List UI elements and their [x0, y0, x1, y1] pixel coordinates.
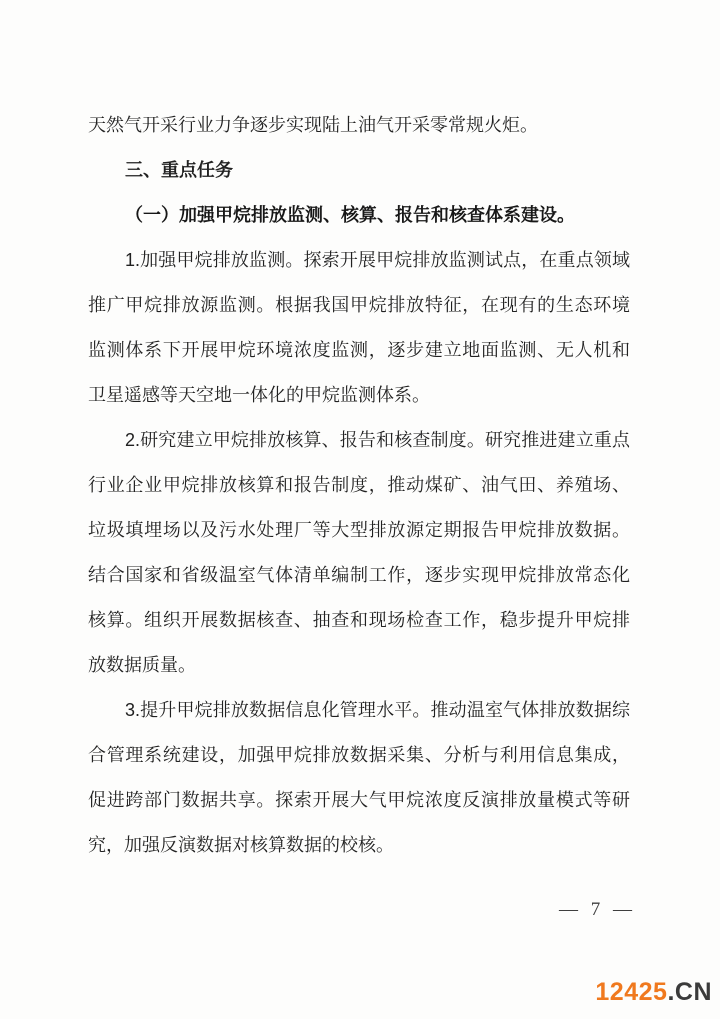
paragraph-line: 放数据质量。 — [88, 643, 630, 688]
section-heading: 三、重点任务 — [88, 148, 630, 193]
paragraph-line: 核算。组织开展数据核查、抽查和现场检查工作，稳步提升甲烷排 — [88, 598, 630, 643]
paragraph-line: 垃圾填埋场以及污水处理厂等大型排放源定期报告甲烷排放数据。 — [88, 508, 630, 553]
document-page: 天然气开采行业力争逐步实现陆上油气开采零常规火炬。 三、重点任务 （一）加强甲烷… — [0, 0, 720, 1019]
paragraph-line: 推广甲烷排放源监测。根据我国甲烷排放特征，在现有的生态环境 — [88, 283, 630, 328]
paragraph-line: 促进跨部门数据共享。探索开展大气甲烷浓度反演排放量模式等研 — [88, 778, 630, 823]
paragraph-line: 结合国家和省级温室气体清单编制工作，逐步实现甲烷排放常态化 — [88, 553, 630, 598]
paragraph-line: 天然气开采行业力争逐步实现陆上油气开采零常规火炬。 — [88, 103, 630, 148]
watermark-site-name: 12425 — [595, 978, 667, 1006]
watermark-domain-suffix: .CN — [667, 978, 712, 1006]
paragraph-line: 行业企业甲烷排放核算和报告制度，推动煤矿、油气田、养殖场、 — [88, 463, 630, 508]
paragraph-line: 2.研究建立甲烷排放核算、报告和核查制度。研究推进建立重点 — [88, 418, 630, 463]
paragraph-line: 1.加强甲烷排放监测。探索开展甲烷排放监测试点，在重点领域 — [88, 238, 630, 283]
document-body: 天然气开采行业力争逐步实现陆上油气开采零常规火炬。 三、重点任务 （一）加强甲烷… — [88, 103, 630, 868]
paragraph-line: 卫星遥感等天空地一体化的甲烷监测体系。 — [88, 373, 630, 418]
paragraph-line: 究，加强反演数据对核算数据的校核。 — [88, 823, 630, 868]
paragraph-line: 监测体系下开展甲烷环境浓度监测，逐步建立地面监测、无人机和 — [88, 328, 630, 373]
watermark: 12425.CN — [595, 978, 712, 1007]
paragraph-line: 3.提升甲烷排放数据信息化管理水平。推动温室气体排放数据综 — [88, 688, 630, 733]
paragraph-line: 合管理系统建设，加强甲烷排放数据采集、分析与利用信息集成， — [88, 733, 630, 778]
page-number: — 7 — — [559, 899, 632, 921]
subsection-heading: （一）加强甲烷排放监测、核算、报告和核查体系建设。 — [88, 193, 630, 238]
